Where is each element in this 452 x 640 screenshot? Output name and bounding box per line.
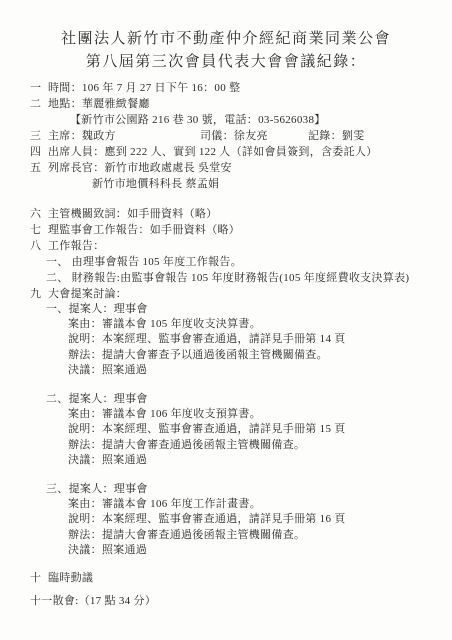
- item-text: 出席人員：應到 222 人、實到 122 人（詳如會員簽到，含委託人）: [48, 144, 378, 160]
- item-number: 十: [30, 570, 48, 586]
- document-title-line1: 社團法人新竹市不動產仲介經紀商業同業公會: [0, 28, 452, 51]
- line-work-report: 八 工作報告：: [0, 238, 452, 254]
- item-number: 八: [30, 238, 48, 254]
- item-number: 九: [30, 286, 48, 302]
- item-text: 散會:（17 點 34 分）: [53, 593, 157, 609]
- item-number: 二: [30, 96, 48, 112]
- item-text: 理監事會工作報告：如手冊資料（略）: [48, 222, 240, 238]
- proposal-1: 一、提案人：理事會 案由：審議本會 105 年度收支決算書。 說明：本案經理、監…: [0, 302, 452, 378]
- work-report-sub2: 二、 財務報告:由監事會報告 105 年度財務報告(105 年度經費收支決算表): [0, 270, 452, 286]
- line-guests-2: 新竹市地價科科長 蔡孟娟: [0, 176, 452, 192]
- recorder: 記錄：劉雯: [308, 128, 365, 144]
- work-report-sub1: 一、 由理事會報告 105 年度工作報告。: [0, 254, 452, 270]
- line-attendance: 四 出席人員：應到 222 人、實到 122 人（詳如會員簽到，含委託人）: [0, 144, 452, 160]
- item-text: 主管機關致詞：如手冊資料（略）: [48, 206, 218, 222]
- proposal-method: 辦法：提請大會審查通過後函報主管機關備查。: [0, 438, 452, 453]
- proposal-resolution: 決議：照案通過: [0, 363, 452, 378]
- proposal-explain: 說明：本案經理、監事會審查通過，請詳見手冊第 14 頁: [0, 332, 452, 347]
- line-officers: 三 主席：魏政方 司儀：徐友亮 記錄：劉雯: [0, 128, 452, 144]
- proposal-header: 三、提案人：理事會: [0, 482, 452, 497]
- proposal-method: 辦法：提請大會審查通過後函報主管機關備查。: [0, 528, 452, 543]
- item-text: 地點：華麗雅緻餐廳: [48, 96, 150, 112]
- proposal-header: 一、提案人：理事會: [0, 302, 452, 317]
- proposal-3: 三、提案人：理事會 案由：審議本會 106 年度工作計畫書。 說明：本案經理、監…: [0, 482, 452, 558]
- item-number: 七: [30, 222, 48, 238]
- item-text: 臨時動議: [48, 570, 93, 586]
- item-number: 六: [30, 206, 48, 222]
- sub-item-text: 財務報告:由監事會報告 105 年度財務報告(105 年度經費收支決算表): [72, 270, 410, 286]
- item-text: 工作報告：: [48, 238, 105, 254]
- proposal-case: 案由：審議本會 105 年度收支決算書。: [0, 317, 452, 332]
- proposal-resolution: 決議：照案通過: [0, 453, 452, 468]
- document-title-line2: 第八屆第三次會員代表大會會議紀錄：: [0, 51, 452, 74]
- item-number: 五: [30, 160, 48, 176]
- proposal-resolution: 決議：照案通過: [0, 543, 452, 558]
- line-place: 二 地點：華麗雅緻餐廳: [0, 96, 452, 112]
- item-text: 大會提案討論：: [48, 286, 127, 302]
- sub-item-number: 一、: [46, 254, 69, 270]
- sub-item-number: 二、: [46, 270, 69, 286]
- item-text: 時間：106 年 7 月 27 日下午 16：00 整: [48, 80, 240, 96]
- proposal-case: 案由：審議本會 106 年度工作計畫書。: [0, 497, 452, 512]
- line-proposals: 九 大會提案討論：: [0, 286, 452, 302]
- item-number: 三: [30, 128, 48, 144]
- item-number: 四: [30, 144, 48, 160]
- line-authority-speech: 六 主管機關致詞：如手冊資料（略）: [0, 206, 452, 222]
- chairperson: 主席：魏政方: [48, 128, 200, 144]
- proposal-case: 案由：審議本會 106 年度收支預算書。: [0, 407, 452, 422]
- line-time: 一 時間：106 年 7 月 27 日下午 16：00 整: [0, 80, 452, 96]
- line-place-detail: 【新竹市公園路 216 巷 30 號，電話：03-5626038】: [0, 112, 452, 128]
- line-guests: 五 列席長官：新竹市地政處處長 吳堂安: [0, 160, 452, 176]
- item-number: 一: [30, 80, 48, 96]
- line-motions: 十 臨時動議: [0, 570, 452, 586]
- proposal-2: 二、提案人：理事會 案由：審議本會 106 年度收支預算書。 說明：本案經理、監…: [0, 392, 452, 468]
- line-board-report: 七 理監事會工作報告：如手冊資料（略）: [0, 222, 452, 238]
- master-of-ceremony: 司儀：徐友亮: [200, 128, 308, 144]
- item-text: 列席長官：新竹市地政處處長 吳堂安: [48, 160, 232, 176]
- proposal-explain: 說明：本案經理、監事會審查通過，請詳見手冊第 15 頁: [0, 422, 452, 437]
- line-adjournment: 十一 散會:（17 點 34 分）: [0, 593, 452, 609]
- proposal-header: 二、提案人：理事會: [0, 392, 452, 407]
- document-body: 一 時間：106 年 7 月 27 日下午 16：00 整 二 地點：華麗雅緻餐…: [0, 80, 452, 609]
- proposal-method: 辦法：提請大會審查予以通過後函報主管機關備查。: [0, 348, 452, 363]
- item-number: 十一: [30, 593, 53, 609]
- document-page: 社團法人新竹市不動產仲介經紀商業同業公會 第八屆第三次會員代表大會會議紀錄： 一…: [0, 0, 452, 640]
- sub-item-text: 由理事會報告 105 年度工作報告。: [72, 254, 242, 270]
- proposal-explain: 說明：本案經理、監事會審查通過，請詳見手冊第 16 頁: [0, 512, 452, 527]
